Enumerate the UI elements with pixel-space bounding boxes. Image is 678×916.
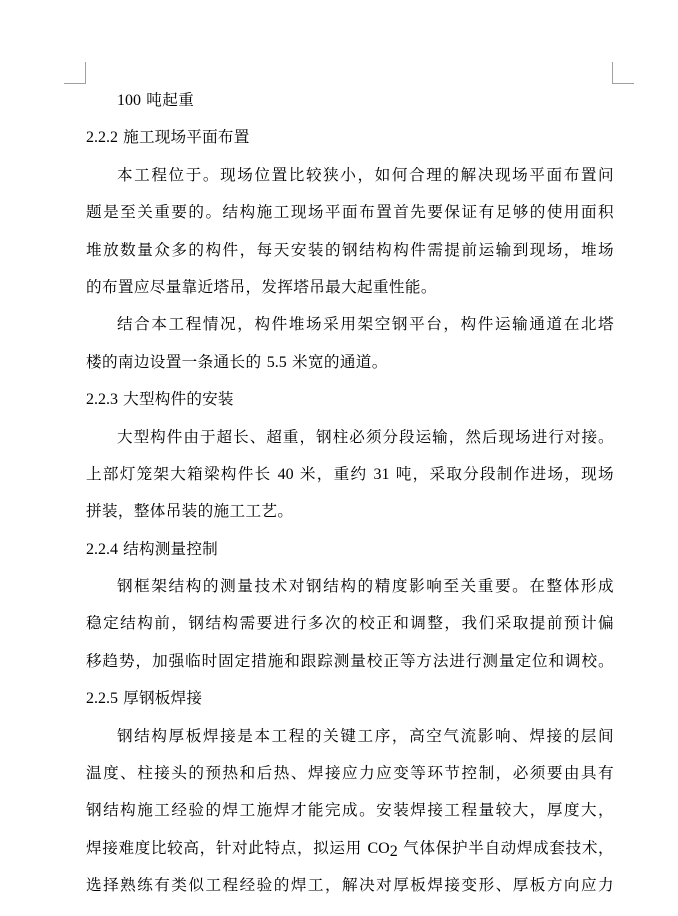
section-title: 厚钢板焊接 bbox=[118, 689, 202, 707]
text-run: 本工程位于。现场位置比较狭小，如何合理的解决现场平面布置问 bbox=[117, 166, 614, 184]
section-number: 2.2.4 bbox=[86, 541, 118, 558]
paragraph-line: 本工程位于。现场位置比较狭小，如何合理的解决现场平面布置问 bbox=[86, 157, 614, 194]
text-run: 钢框架结构的测量技术对钢结构的精度影响至关重要。在整体形成 bbox=[117, 577, 614, 595]
paragraph-line: 温度、柱接头的预热和后热、焊接应力应变等环节控制，必须要由具有 bbox=[86, 755, 614, 792]
text-run: 焊接难度比较高，针对此特点，拟运用 bbox=[86, 839, 367, 857]
text-run: 米，重约 bbox=[294, 465, 374, 483]
text-run: 钢结构厚板焊接是本工程的关键工序，高空气流影响、焊接的层间 bbox=[117, 727, 614, 745]
paragraph-line: 钢框架结构的测量技术对钢结构的精度影响至关重要。在整体形成 bbox=[86, 568, 614, 605]
text-run: 结合本工程情况，构件堆场采用架空钢平台，构件运输通道在北塔 bbox=[117, 315, 614, 333]
number-text: 40 bbox=[278, 466, 294, 483]
text-run: 的布置应尽量靠近塔吊，发挥塔吊最大起重性能。 bbox=[86, 278, 437, 296]
text-run: 温度、柱接头的预热和后热、焊接应力应变等环节控制，必须要由具有 bbox=[86, 764, 614, 782]
section-number: 2.2.2 bbox=[86, 129, 118, 146]
paragraph-line: 钢结构施工经验的焊工施焊才能完成。安装焊接工程量较大，厚度大， bbox=[86, 792, 614, 829]
text-run: 钢结构施工经验的焊工施焊才能完成。安装焊接工程量较大，厚度大， bbox=[86, 801, 614, 819]
text-run: 选择熟练有类似工程经验的焊工，解决对厚板焊接变形、厚板方向应力 bbox=[86, 876, 614, 894]
text-run: 稳定结构前，钢结构需要进行多次的校正和调整，我们采取提前预计偏 bbox=[86, 614, 614, 632]
margin-corner-mark-right bbox=[612, 62, 634, 84]
paragraph-line: 钢结构厚板焊接是本工程的关键工序，高空气流影响、焊接的层间 bbox=[86, 718, 614, 755]
document-body: 100 吨起重2.2.2 施工现场平面布置本工程位于。现场位置比较狭小，如何合理… bbox=[86, 82, 614, 905]
number-text: 31 bbox=[374, 466, 390, 483]
paragraph-line: 题是至关重要的。结构施工现场平面布置首先要保证有足够的使用面积 bbox=[86, 194, 614, 231]
paragraph-line: 拼装，整体吊装的施工工艺。 bbox=[86, 493, 614, 530]
number-text: 5.5 bbox=[267, 354, 287, 371]
text-run: 吨，采取分段制作进场，现场 bbox=[390, 465, 614, 483]
paragraph-line: 焊接难度比较高，针对此特点，拟运用 CO2 气体保护半自动焊成套技术， bbox=[86, 830, 614, 867]
section-number: 2.2.5 bbox=[86, 690, 118, 707]
text-run: 拼装，整体吊装的施工工艺。 bbox=[86, 502, 293, 520]
section-title: 施工现场平面布置 bbox=[118, 128, 250, 146]
text-run: 题是至关重要的。结构施工现场平面布置首先要保证有足够的使用面积 bbox=[86, 203, 614, 221]
number-text: 100 bbox=[117, 92, 141, 109]
section-title: 大型构件的安装 bbox=[118, 390, 234, 408]
paragraph-line: 结合本工程情况，构件堆场采用架空钢平台，构件运输通道在北塔 bbox=[86, 306, 614, 343]
paragraph-line: 移趋势，加强临时固定措施和跟踪测量校正等方法进行测量定位和调校。 bbox=[86, 643, 614, 680]
text-run: 楼的南边设置一条通长的 bbox=[86, 353, 267, 371]
paragraph-line: 堆放数量众多的构件，每天安装的钢结构构件需提前运输到现场，堆场 bbox=[86, 232, 614, 269]
paragraph-line: 选择熟练有类似工程经验的焊工，解决对厚板焊接变形、厚板方向应力 bbox=[86, 867, 614, 904]
number-text: CO bbox=[367, 840, 389, 857]
paragraph-line: 100 吨起重 bbox=[86, 82, 614, 119]
section-heading: 2.2.3 大型构件的安装 bbox=[86, 381, 614, 418]
paragraph-line: 大型构件由于超长、超重，钢柱必须分段运输，然后现场进行对接。 bbox=[86, 419, 614, 456]
section-title: 结构测量控制 bbox=[118, 540, 218, 558]
text-run: 吨起重 bbox=[141, 91, 194, 109]
section-heading: 2.2.4 结构测量控制 bbox=[86, 531, 614, 568]
section-number: 2.2.3 bbox=[86, 391, 118, 408]
paragraph-line: 上部灯笼架大箱梁构件长 40 米，重约 31 吨，采取分段制作进场，现场 bbox=[86, 456, 614, 493]
text-run: 移趋势，加强临时固定措施和跟踪测量校正等方法进行测量定位和调校。 bbox=[86, 652, 614, 670]
text-run: 米宽的通道。 bbox=[287, 353, 388, 371]
text-run: 气体保护半自动焊成套技术， bbox=[398, 839, 614, 857]
text-run: 上部灯笼架大箱梁构件长 bbox=[86, 465, 278, 483]
paragraph-line: 楼的南边设置一条通长的 5.5 米宽的通道。 bbox=[86, 344, 614, 381]
section-heading: 2.2.5 厚钢板焊接 bbox=[86, 680, 614, 717]
paragraph-line: 的布置应尽量靠近塔吊，发挥塔吊最大起重性能。 bbox=[86, 269, 614, 306]
subscript: 2 bbox=[390, 843, 398, 860]
paragraph-line: 稳定结构前，钢结构需要进行多次的校正和调整，我们采取提前预计偏 bbox=[86, 605, 614, 642]
section-heading: 2.2.2 施工现场平面布置 bbox=[86, 119, 614, 156]
margin-corner-mark-left bbox=[64, 62, 86, 84]
text-run: 堆放数量众多的构件，每天安装的钢结构构件需提前运输到现场，堆场 bbox=[86, 241, 614, 259]
text-run: 大型构件由于超长、超重，钢柱必须分段运输，然后现场进行对接。 bbox=[117, 428, 614, 446]
